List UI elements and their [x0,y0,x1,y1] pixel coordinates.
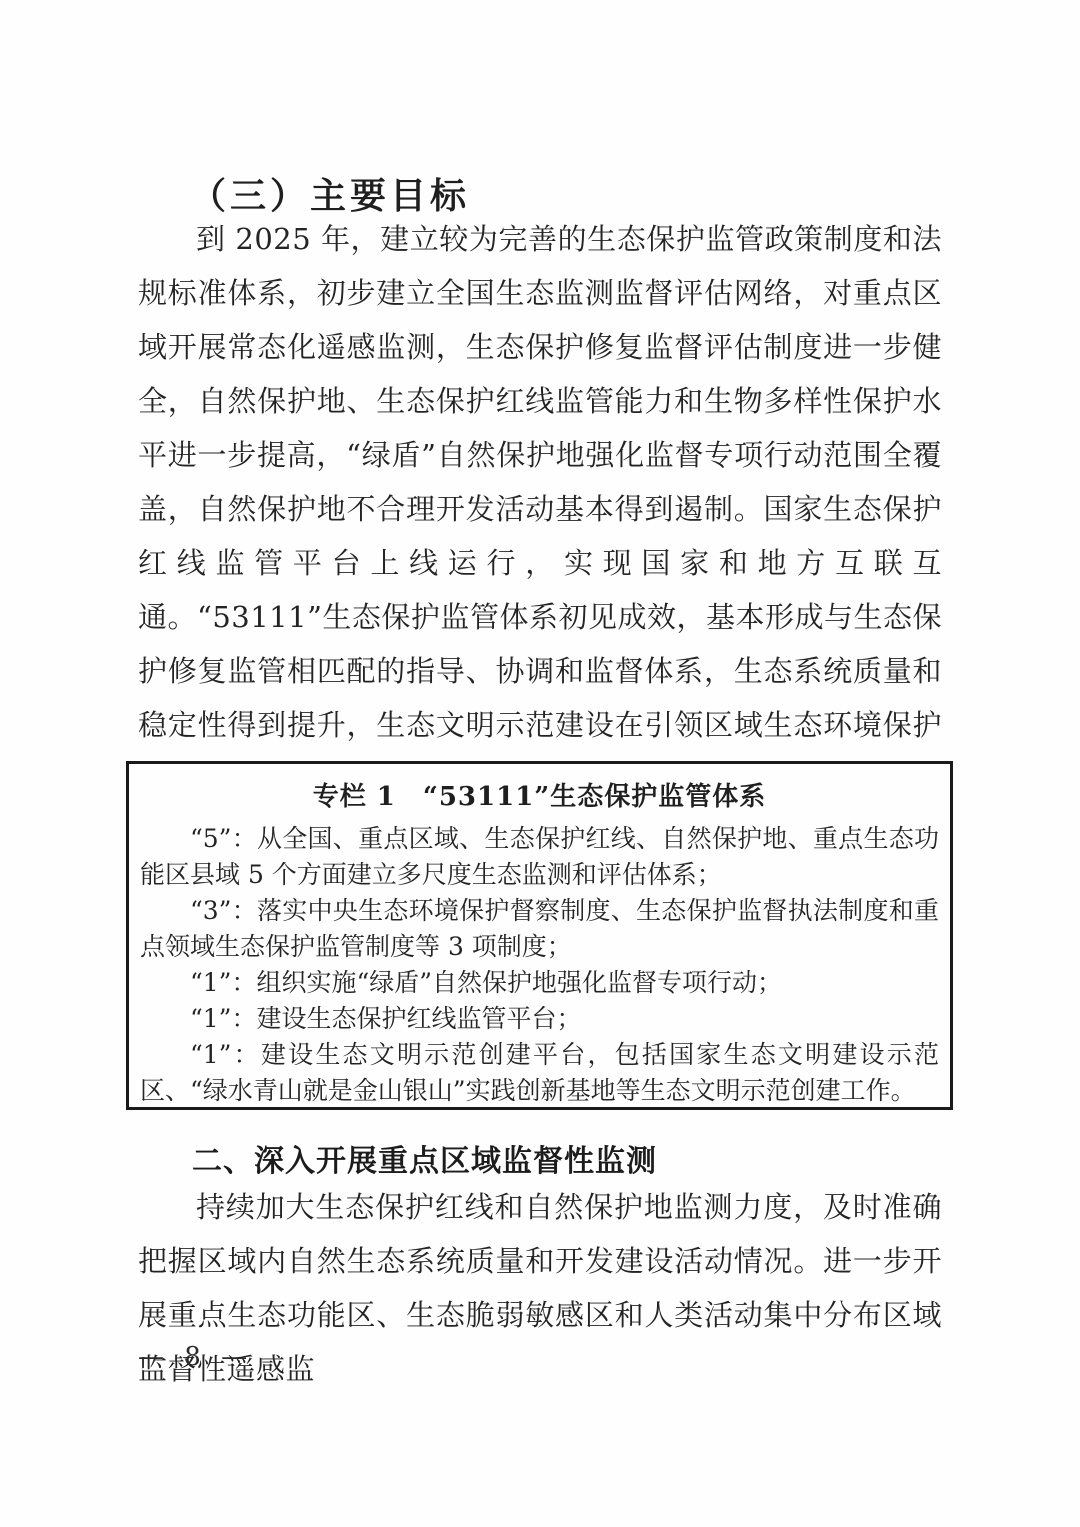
page-number: — 8 — [138,1342,253,1372]
heading-section-monitoring: 二、深入开展重点区域监督性监测 [192,1136,657,1180]
callout-item-1b: “1”：建设生态保护红线监管平台； [140,1001,939,1037]
paragraph-monitoring: 持续加大生态保护红线和自然保护地监测力度，及时准确把握区域内自然生态系统质量和开… [138,1180,942,1396]
callout-item-1c: “1”：建设生态文明示范创建平台，包括国家生态文明建设示范区、“绿水青山就是金山… [140,1037,939,1109]
document-page: （三）主要目标 到 2025 年，建立较为完善的生态保护监管政策制度和法规标准体… [0,0,1080,1527]
callout-item-5: “5”：从全国、重点区域、生态保护红线、自然保护地、重点生态功能区县域 5 个方… [140,821,939,893]
callout-item-1a: “1”：组织实施“绿盾”自然保护地强化监督专项行动； [140,965,939,1001]
callout-box-title: 专栏 1 “53111”生态保护监管体系 [140,776,939,813]
paragraph-goals: 到 2025 年，建立较为完善的生态保护监管政策制度和法规标准体系，初步建立全国… [138,212,942,806]
callout-item-3: “3”：落实中央生态环境保护督察制度、生态保护监督执法制度和重点领域生态保护监管… [140,893,939,965]
callout-box-53111: 专栏 1 “53111”生态保护监管体系 “5”：从全国、重点区域、生态保护红线… [126,761,953,1110]
